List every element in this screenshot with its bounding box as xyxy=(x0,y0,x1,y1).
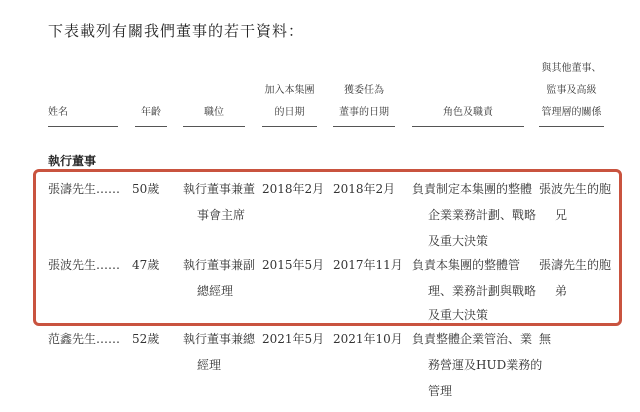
cell-name: 范鑫先生…… xyxy=(48,326,120,352)
cell-relation-cont: 兄 xyxy=(555,202,567,228)
header-role-label: 角色及職責 xyxy=(443,107,493,118)
header-age: 年齡 xyxy=(135,102,167,124)
section-title: 執行董事 xyxy=(48,152,96,169)
cell-relation: 張波先生的胞 xyxy=(539,176,611,202)
header-name-label: 姓名 xyxy=(48,107,68,118)
cell-age: 47歲 xyxy=(132,252,159,278)
cell-relation: 張濤先生的胞 xyxy=(539,252,611,278)
cell-role-cont: 企業業務計劃、戰略 xyxy=(428,202,536,228)
cell-position: 執行董事兼董 xyxy=(183,176,255,202)
cell-age: 50歲 xyxy=(132,176,159,202)
header-relation-line2: 監事及高級 xyxy=(539,80,604,102)
header-appoint-line2: 董事的日期 xyxy=(333,102,395,124)
cell-position: 執行董事兼副 xyxy=(183,252,255,278)
cell-join-date: 2018年2月 xyxy=(262,176,324,202)
cell-role-cont: 務營運及HUD業務的 xyxy=(428,352,542,378)
header-appoint-date: 獲委任為 董事的日期 xyxy=(333,80,395,124)
cell-role: 負責整體企業管治、業 xyxy=(412,326,532,352)
cell-name: 張濤先生…… xyxy=(48,176,120,202)
cell-position-cont: 總經理 xyxy=(197,278,233,304)
cell-role-cont2: 及重大決策 xyxy=(428,302,488,328)
header-position-label: 職位 xyxy=(204,107,224,118)
header-position: 職位 xyxy=(183,102,245,124)
cell-role: 負責制定本集團的整體 xyxy=(412,176,532,202)
cell-name: 張波先生…… xyxy=(48,252,120,278)
cell-role-cont2: 及重大決策 xyxy=(428,228,488,254)
header-join-line2: 的日期 xyxy=(262,102,317,124)
cell-position: 執行董事兼總 xyxy=(183,326,255,352)
header-appoint-line1: 獲委任為 xyxy=(333,80,395,102)
header-relation-line3: 管理層的關係 xyxy=(539,102,604,124)
header-join-line1: 加入本集團 xyxy=(262,80,317,102)
header-relation: 與其他董事、 監事及高級 管理層的關係 xyxy=(539,58,604,124)
cell-appoint-date: 2018年2月 xyxy=(333,176,395,202)
cell-position-cont: 經理 xyxy=(197,352,221,378)
header-relation-line1: 與其他董事、 xyxy=(539,58,604,80)
header-join-date: 加入本集團 的日期 xyxy=(262,80,317,124)
cell-appoint-date: 2021年10月 xyxy=(333,326,403,352)
cell-role-cont: 理、業務計劃與戰略 xyxy=(428,278,536,304)
cell-join-date: 2021年5月 xyxy=(262,326,324,352)
cell-age: 52歲 xyxy=(132,326,159,352)
header-age-label: 年齡 xyxy=(141,107,161,118)
cell-join-date: 2015年5月 xyxy=(262,252,324,278)
cell-position-cont: 事會主席 xyxy=(197,202,245,228)
cell-relation-cont: 弟 xyxy=(555,278,567,304)
cell-relation: 無 xyxy=(539,326,551,352)
cell-appoint-date: 2017年11月 xyxy=(333,252,403,278)
header-role: 角色及職責 xyxy=(412,102,524,124)
cell-role: 負責本集團的整體管 xyxy=(412,252,520,278)
header-name: 姓名 xyxy=(48,102,118,124)
cell-role-cont2: 管理 xyxy=(428,378,452,404)
intro-text: 下表載列有關我們董事的若干資料： xyxy=(48,20,304,41)
